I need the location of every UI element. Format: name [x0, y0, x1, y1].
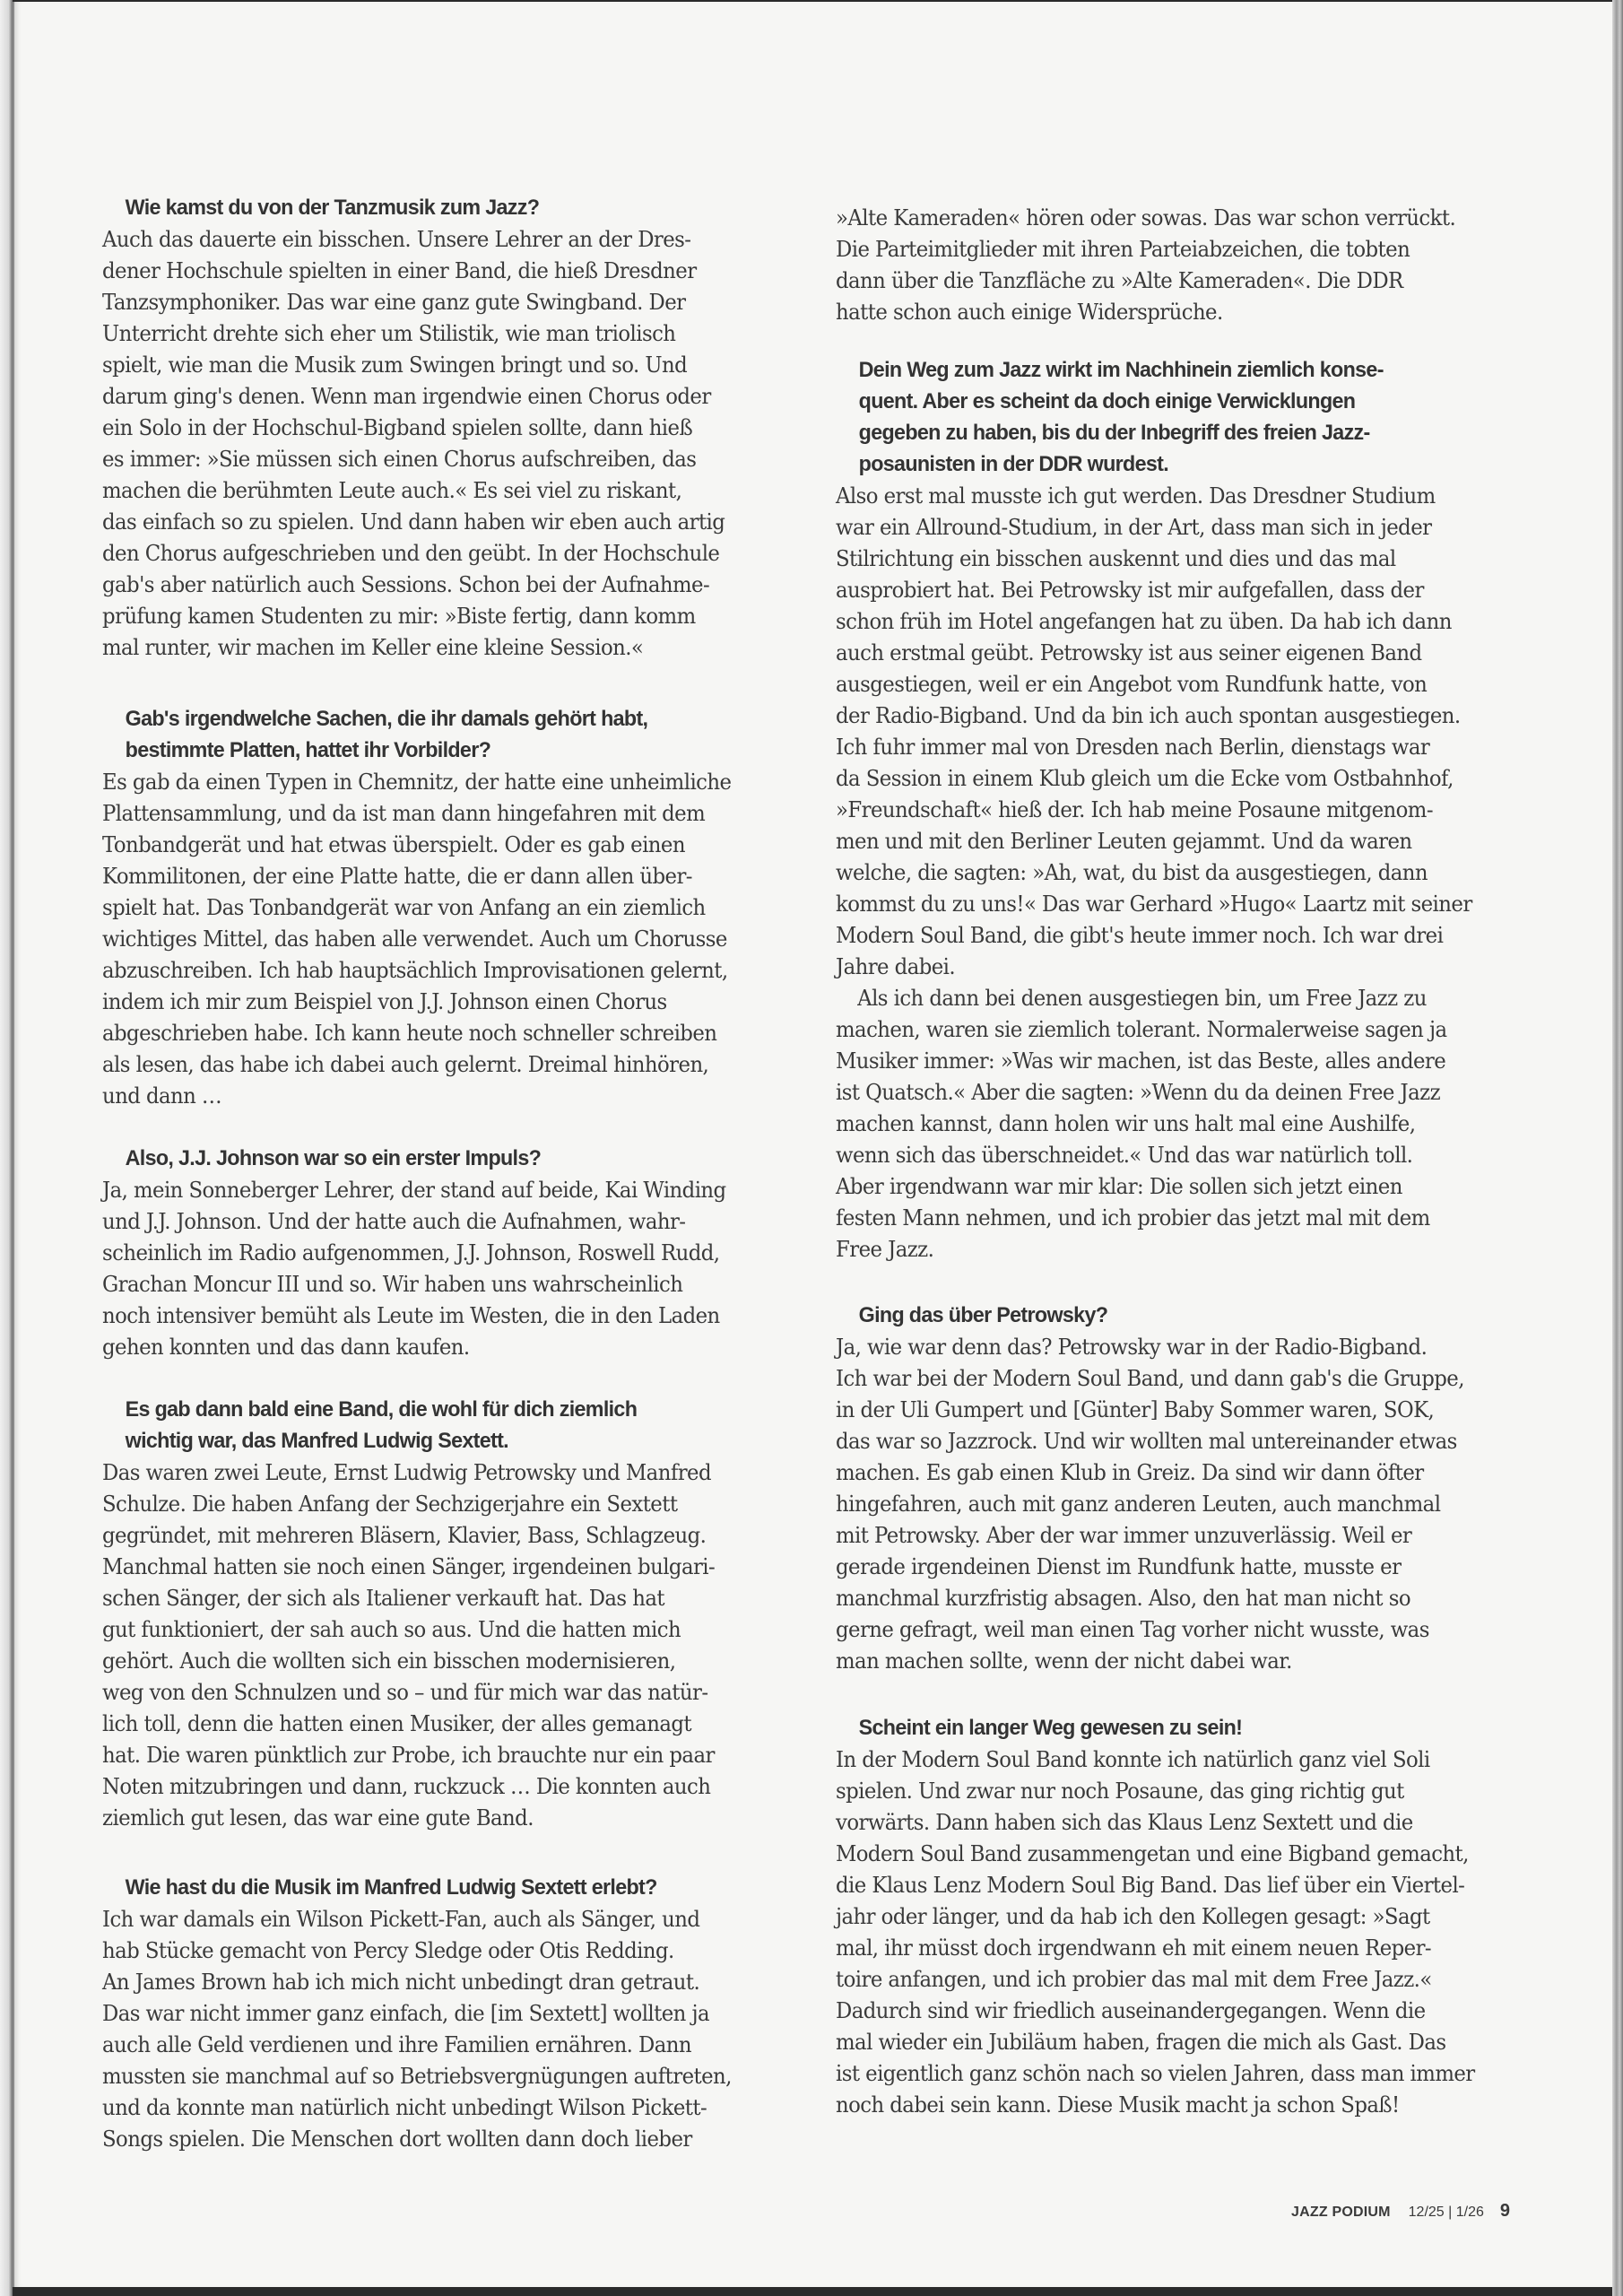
answer-line: das war so Jazzrock. Und wir wollten mal…	[836, 1425, 1495, 1457]
answer-line: toire anfangen, und ich probier das mal …	[836, 1963, 1495, 1995]
answer-line: hingefahren, auch mit ganz anderen Leute…	[836, 1488, 1495, 1519]
right-page-edge	[1612, 0, 1623, 2296]
answer-line: Manchmal hatten sie noch einen Sänger, i…	[102, 1551, 761, 1582]
answer-line: Musiker immer: »Was wir machen, ist das …	[836, 1045, 1495, 1076]
answer-line: ist Quatsch.« Aber die sagten: »Wenn du …	[836, 1076, 1495, 1108]
answer-line: schon früh im Hotel angefangen hat zu üb…	[836, 605, 1495, 637]
answer-line: ist eigentlich ganz schön nach so vielen…	[836, 2057, 1495, 2089]
answer-line: Ja, wie war denn das? Petrowsky war in d…	[836, 1331, 1495, 1362]
interview-question: Es gab dann bald eine Band, die wohl für…	[102, 1394, 776, 1425]
answer-line: als lesen, das habe ich dabei auch geler…	[102, 1048, 761, 1080]
answer-line: weg von den Schnulzen und so – und für m…	[102, 1676, 761, 1708]
answer-line: noch intensiver bemüht als Leute im West…	[102, 1300, 761, 1331]
answer-line: den Chorus aufgeschrieben und den geübt.…	[102, 537, 761, 569]
answer-line: auch alle Geld verdienen und ihre Famili…	[102, 2029, 761, 2060]
answer-line: ausgestiegen, weil er ein Angebot vom Ru…	[836, 668, 1495, 700]
answer-line: machen, waren sie ziemlich tolerant. Nor…	[836, 1013, 1495, 1045]
answer-line: lich toll, denn die hatten einen Musiker…	[102, 1708, 761, 1739]
answer-line: spielt, wie man die Musik zum Swingen br…	[102, 349, 761, 380]
answer-line: Songs spielen. Die Menschen dort wollten…	[102, 2123, 761, 2154]
answer-line: man machen sollte, wenn der nicht dabei …	[836, 1645, 1495, 1676]
answer-line: machen die berühmten Leute auch.« Es sei…	[102, 474, 761, 506]
interview-question: quent. Aber es scheint da doch einige Ve…	[836, 386, 1509, 417]
interview-question: Wie kamst du von der Tanzmusik zum Jazz?	[102, 192, 776, 223]
answer-line: es immer: »Sie müssen sich einen Chorus …	[102, 443, 761, 474]
answer-line: Plattensammlung, und da ist man dann hin…	[102, 797, 761, 829]
answer-line: dener Hochschule spielten in einer Band,…	[102, 255, 761, 286]
answer-line: manchmal kurzfristig absagen. Also, den …	[836, 1582, 1495, 1613]
interview-section: Gab's irgendwelche Sachen, die ihr damal…	[102, 703, 811, 1111]
answer-line: schen Sänger, der sich als Italiener ver…	[102, 1582, 761, 1613]
answer-line: Jahre dabei.	[836, 951, 1495, 982]
interview-section: Es gab dann bald eine Band, die wohl für…	[102, 1394, 811, 1833]
answer-line: ziemlich gut lesen, das war eine gute Ba…	[102, 1802, 761, 1833]
answer-line: men und mit den Berliner Leuten gejammt.…	[836, 825, 1495, 857]
answer-line: und J.J. Johnson. Und der hatte auch die…	[102, 1205, 761, 1237]
answer-line: kommst du zu uns!« Das war Gerhard »Hugo…	[836, 888, 1495, 919]
answer-line: hat. Die waren pünktlich zur Probe, ich …	[102, 1739, 761, 1770]
magazine-name: JAZZ PODIUM	[1291, 2205, 1391, 2220]
answer-line: hab Stücke gemacht von Percy Sledge oder…	[102, 1935, 761, 1966]
answer-line: gerade irgendeinen Dienst im Rundfunk ha…	[836, 1551, 1495, 1582]
answer-line: das einfach so zu spielen. Und dann habe…	[102, 506, 761, 537]
interview-section: Wie kamst du von der Tanzmusik zum Jazz?…	[102, 192, 811, 663]
answer-line: der Radio-Bigband. Und da bin ich auch s…	[836, 700, 1495, 731]
answer-line: Grachan Moncur III und so. Wir haben uns…	[102, 1268, 761, 1300]
interview-section: Ging das über Petrowsky? Ja, wie war den…	[836, 1300, 1544, 1676]
answer-line: »Alte Kameraden« hören oder sowas. Das w…	[836, 202, 1495, 233]
answer-line: Dadurch sind wir friedlich auseinanderge…	[836, 1995, 1495, 2026]
answer-line: Kommilitonen, der eine Platte hatte, die…	[102, 860, 761, 891]
answer-line: und da konnte man natürlich nicht unbedi…	[102, 2092, 761, 2123]
answer-line: auch erstmal geübt. Petrowsky ist aus se…	[836, 637, 1495, 668]
answer-line: mussten sie manchmal auf so Betriebsverg…	[102, 2060, 761, 2092]
answer-line: Also erst mal musste ich gut werden. Das…	[836, 480, 1495, 511]
answer-line: Modern Soul Band, die gibt's heute immer…	[836, 919, 1495, 951]
answer-line: mal, ihr müsst doch irgendwann eh mit ei…	[836, 1932, 1495, 1963]
issue-number: 12/25 | 1/26	[1409, 2205, 1484, 2220]
interview-section: Dein Weg zum Jazz wirkt im Nachhinein zi…	[836, 354, 1544, 1265]
interview-question: gegeben zu haben, bis du der Inbegriff d…	[836, 417, 1509, 448]
answer-line: welche, die sagten: »Ah, wat, du bist da…	[836, 857, 1495, 888]
answer-line: darum ging's denen. Wenn man irgendwie e…	[102, 380, 761, 412]
answer-line: wenn sich das überschneidet.« Und das wa…	[836, 1139, 1495, 1170]
interview-question: wichtig war, das Manfred Ludwig Sextett.	[102, 1425, 776, 1457]
answer-line: war ein Allround-Studium, in der Art, da…	[836, 511, 1495, 543]
interview-question: Dein Weg zum Jazz wirkt im Nachhinein zi…	[836, 354, 1509, 386]
answer-line: abgeschrieben habe. Ich kann heute noch …	[102, 1017, 761, 1048]
answer-line: ein Solo in der Hochschul-Bigband spiele…	[102, 412, 761, 443]
interview-section: Wie hast du die Musik im Manfred Ludwig …	[102, 1872, 811, 2154]
answer-line: Modern Soul Band zusammengetan und eine …	[836, 1838, 1495, 1869]
answer-line: Es gab da einen Typen in Chemnitz, der h…	[102, 766, 761, 797]
interview-question: Ging das über Petrowsky?	[836, 1300, 1509, 1331]
answer-line: mal wieder ein Jubiläum haben, fragen di…	[836, 2026, 1495, 2057]
answer-line: Stilrichtung ein bisschen auskennt und d…	[836, 543, 1495, 574]
answer-line: Tanzsymphoniker. Das war eine ganz gute …	[102, 286, 761, 317]
answer-line: machen kannst, dann holen wir uns halt m…	[836, 1108, 1495, 1139]
answer-line: prüfung kamen Studenten zu mir: »Biste f…	[102, 600, 761, 631]
interview-question: posaunisten in der DDR wurdest.	[836, 448, 1509, 480]
answer-line: Als ich dann bei denen ausgestiegen bin,…	[836, 982, 1495, 1013]
answer-line: und dann …	[102, 1080, 761, 1111]
answer-line: gerne gefragt, weil man einen Tag vorher…	[836, 1613, 1495, 1645]
answer-line: vorwärts. Dann haben sich das Klaus Lenz…	[836, 1806, 1495, 1838]
answer-line: Schulze. Die haben Anfang der Sechzigerj…	[102, 1488, 761, 1519]
answer-line: An James Brown hab ich mich nicht unbedi…	[102, 1966, 761, 1997]
answer-line: gehen konnten und das dann kaufen.	[102, 1331, 761, 1362]
answer-line: mit Petrowsky. Aber der war immer unzuve…	[836, 1519, 1495, 1551]
answer-line: da Session in einem Klub gleich um die E…	[836, 762, 1495, 794]
answer-line: gab's aber natürlich auch Sessions. Scho…	[102, 569, 761, 600]
answer-line: wichtiges Mittel, das haben alle verwend…	[102, 923, 761, 954]
answer-line: In der Modern Soul Band konnte ich natür…	[836, 1744, 1495, 1775]
answer-line: Unterricht drehte sich eher um Stilistik…	[102, 317, 761, 349]
page-footer: JAZZ PODIUM12/25 | 1/269	[1291, 2201, 1510, 2222]
answer-line: hatte schon auch einige Widersprüche.	[836, 296, 1495, 327]
answer-line: Tonbandgerät und hat etwas überspielt. O…	[102, 829, 761, 860]
answer-line: Noten mitzubringen und dann, ruckzuck … …	[102, 1770, 761, 1802]
answer-line: abzuschreiben. Ich hab hauptsächlich Imp…	[102, 954, 761, 986]
answer-line: gehört. Auch die wollten sich ein bissch…	[102, 1645, 761, 1676]
page-number: 9	[1500, 2201, 1510, 2221]
answer-line: dann über die Tanzfläche zu »Alte Kamera…	[836, 265, 1495, 296]
answer-line: Das waren zwei Leute, Ernst Ludwig Petro…	[102, 1457, 761, 1488]
answer-line: Ich war bei der Modern Soul Band, und da…	[836, 1362, 1495, 1394]
magazine-page: Wie kamst du von der Tanzmusik zum Jazz?…	[13, 2, 1619, 2287]
interview-section: »Alte Kameraden« hören oder sowas. Das w…	[836, 202, 1544, 327]
answer-line: scheinlich im Radio aufgenommen, J.J. Jo…	[102, 1237, 761, 1268]
answer-line: Ich fuhr immer mal von Dresden nach Berl…	[836, 731, 1495, 762]
left-page-edge	[0, 0, 13, 2296]
answer-line: Free Jazz.	[836, 1233, 1495, 1265]
answer-line: »Freundschaft« hieß der. Ich hab meine P…	[836, 794, 1495, 825]
answer-line: Ich war damals ein Wilson Pickett-Fan, a…	[102, 1903, 761, 1935]
interview-section: Also, J.J. Johnson war so ein erster Imp…	[102, 1143, 811, 1362]
answer-line: in der Uli Gumpert und [Günter] Baby Som…	[836, 1394, 1495, 1425]
interview-question: Also, J.J. Johnson war so ein erster Imp…	[102, 1143, 776, 1174]
answer-line: festen Mann nehmen, und ich probier das …	[836, 1202, 1495, 1233]
interview-question: Wie hast du die Musik im Manfred Ludwig …	[102, 1872, 776, 1903]
answer-line: mal runter, wir machen im Keller eine kl…	[102, 631, 761, 663]
answer-line: die Klaus Lenz Modern Soul Big Band. Das…	[836, 1869, 1495, 1900]
interview-question: bestimmte Platten, hattet ihr Vorbilder?	[102, 735, 776, 766]
answer-line: Das war nicht immer ganz einfach, die [i…	[102, 1997, 761, 2029]
interview-section: Scheint ein langer Weg gewesen zu sein! …	[836, 1712, 1544, 2120]
answer-line: jahr oder länger, und da hab ich den Kol…	[836, 1900, 1495, 1932]
interview-question: Scheint ein langer Weg gewesen zu sein!	[836, 1712, 1509, 1744]
interview-question: Gab's irgendwelche Sachen, die ihr damal…	[102, 703, 776, 735]
answer-line: spielt hat. Das Tonbandgerät war von Anf…	[102, 891, 761, 923]
answer-line: Die Parteimitglieder mit ihren Parteiabz…	[836, 233, 1495, 265]
answer-line: ausprobiert hat. Bei Petrowsky ist mir a…	[836, 574, 1495, 605]
answer-line: Aber irgendwann war mir klar: Die sollen…	[836, 1170, 1495, 1202]
answer-line: noch dabei sein kann. Diese Musik macht …	[836, 2089, 1495, 2120]
answer-line: gegründet, mit mehreren Bläsern, Klavier…	[102, 1519, 761, 1551]
answer-line: Ja, mein Sonneberger Lehrer, der stand a…	[102, 1174, 761, 1205]
answer-line: machen. Es gab einen Klub in Greiz. Da s…	[836, 1457, 1495, 1488]
answer-line: Auch das dauerte ein bisschen. Unsere Le…	[102, 223, 761, 255]
answer-line: gut funktioniert, der sah auch so aus. U…	[102, 1613, 761, 1645]
answer-line: spielen. Und zwar nur noch Posaune, das …	[836, 1775, 1495, 1806]
answer-line: indem ich mir zum Beispiel von J.J. John…	[102, 986, 761, 1017]
